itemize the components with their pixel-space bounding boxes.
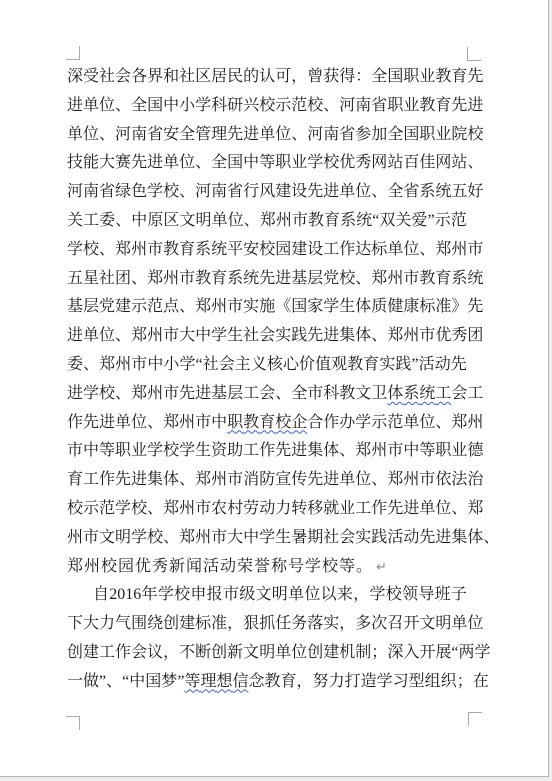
text-line[interactable]: 技能大赛先进单位、全国中等职业学校优秀网站百佳网站、 (67, 149, 467, 178)
text-char: 型 (409, 668, 425, 697)
text-char: 学 (147, 437, 163, 466)
text-char: 动 (259, 495, 275, 524)
text-char: 教 (339, 380, 355, 409)
text-line[interactable]: 校示范学校、郑州市农村劳动力转移就业工作先进单位、郑 (67, 495, 467, 524)
text-char: 优 (435, 322, 451, 351)
text-char: 州 (67, 524, 83, 553)
text-char: 念 (248, 668, 264, 697)
text-char: 学 (475, 639, 491, 668)
text-char: 等 (419, 437, 435, 466)
text-char: 学 (377, 668, 393, 697)
text-char: 建 (83, 639, 99, 668)
text-char: 观 (331, 351, 347, 380)
text-char: 力 (275, 495, 291, 524)
text-char: 范 (147, 293, 163, 322)
text-line[interactable]: 学校、郑州市教育系统平安校园建设工作达标单位、郑州市 (67, 236, 467, 265)
text-char: 作 (99, 466, 115, 495)
text-line[interactable]: 深受社会各界和社区居民的认可，曾获得：全国职业教育先 (67, 63, 467, 92)
text-line[interactable]: 市中等职业学校学生资助工作先进集体、郑州市中等职业德 (67, 437, 467, 466)
text-char: 防 (259, 466, 275, 495)
text-char: 业 (403, 92, 419, 121)
text-char: ” (428, 207, 435, 236)
text-char: 工 (355, 495, 371, 524)
text-char: 核 (267, 351, 283, 380)
text-line[interactable]: 基层党建示范点、郑州市实施《国家学生体质健康标准》先 (67, 293, 467, 322)
text-char: 集 (307, 437, 323, 466)
text-char: 委 (99, 207, 115, 236)
text-char: 团 (115, 265, 131, 294)
text-char: 文 (99, 524, 115, 553)
text-char: 育 (435, 265, 451, 294)
text-char: 秀 (355, 149, 371, 178)
text-char: 大 (83, 610, 99, 639)
text-char: 校 (259, 92, 275, 121)
text-char: 工 (99, 639, 115, 668)
text-char: 院 (451, 121, 467, 150)
text-char: 体 (323, 437, 339, 466)
text-char: 标 (195, 610, 211, 639)
text-char: 郑 (131, 380, 147, 409)
text-char: 五 (67, 265, 83, 294)
text-char: 社 (179, 63, 195, 92)
text-char: 自 (93, 581, 109, 610)
text-char: 中 (163, 92, 179, 121)
text-char: 州 (163, 265, 179, 294)
text-char: 教 (419, 92, 435, 121)
text-char: 先 (451, 351, 467, 380)
text-char: 业 (291, 149, 307, 178)
text-char: 集 (339, 322, 355, 351)
text-char: 进 (195, 380, 211, 409)
text-char: 体 (163, 466, 179, 495)
text-char: 实 (275, 322, 291, 351)
text-char: 单 (275, 639, 291, 668)
text-char: 理 (211, 121, 227, 150)
text-char: 系 (340, 207, 356, 236)
text-char: 德 (467, 437, 483, 466)
text-char: 落 (307, 610, 323, 639)
text-char: 努 (313, 668, 329, 697)
text-char: 学 (115, 495, 131, 524)
text-char: 层 (227, 380, 243, 409)
text-char: 先 (179, 380, 195, 409)
text-char: 进 (323, 322, 339, 351)
text-char: 河 (195, 178, 211, 207)
spellcheck-underlined-char: 系 (403, 380, 419, 409)
text-char: 河 (307, 121, 323, 150)
text-char: 位 (99, 322, 115, 351)
spellcheck-underlined-char: 职 (227, 409, 243, 438)
text-line[interactable]: 郑州校园优秀新闻活动荣誉称号学校等。↵ (67, 553, 467, 582)
text-char: ， (227, 610, 243, 639)
text-char: 州 (211, 293, 227, 322)
text-char: 全 (371, 63, 387, 92)
text-line[interactable]: 单位、河南省安全管理先进单位、河南省参加全国职业院校 (67, 121, 467, 150)
text-char: 市 (419, 322, 435, 351)
text-char: 造 (361, 668, 377, 697)
text-char: ” (99, 668, 106, 697)
text-char: ， (353, 581, 369, 610)
text-char: 国 (227, 149, 243, 178)
text-char: 技 (67, 149, 83, 178)
text-char: ， (163, 639, 179, 668)
text-char: 育 (179, 236, 195, 265)
text-char: 实 (323, 610, 339, 639)
text-char: 州 (179, 495, 195, 524)
text-char: 转 (291, 495, 307, 524)
text-char: 先 (115, 466, 131, 495)
text-char: 位 (403, 236, 419, 265)
text-char: 星 (83, 265, 99, 294)
text-char: 新 (227, 639, 243, 668)
text-char: 班 (435, 581, 451, 610)
text-char: 各 (131, 63, 147, 92)
text-char: 的 (243, 63, 259, 92)
text-char: 郑 (371, 265, 387, 294)
text-char: 州 (179, 409, 195, 438)
text-char: 秀 (451, 322, 467, 351)
text-char: 次 (371, 610, 387, 639)
text-char: 一 (67, 668, 83, 697)
text-char: 先 (419, 524, 435, 553)
text-char: 年 (142, 581, 158, 610)
text-char: 体 (355, 322, 371, 351)
text-char: 质 (371, 293, 387, 322)
text-char: 准 (435, 293, 451, 322)
text-char: 省 (371, 92, 387, 121)
text-char: 会 (339, 524, 355, 553)
text-char: 导 (418, 581, 434, 610)
text-char: 卫 (371, 380, 387, 409)
text-char: 国 (291, 293, 307, 322)
text-char: 义 (251, 351, 267, 380)
text-char: 系 (227, 265, 243, 294)
text-char: 位 (304, 581, 320, 610)
text-char: 全 (291, 380, 307, 409)
text-char: 基 (211, 380, 227, 409)
text-char: 站 (451, 149, 467, 178)
text-char: 市 (147, 236, 163, 265)
text-char: “ (372, 207, 379, 236)
text-char: 进 (435, 524, 451, 553)
text-char: 工 (467, 380, 483, 409)
text-char: 《 (275, 293, 291, 322)
text-char: 心 (283, 351, 299, 380)
text-char: 郑 (435, 236, 451, 265)
text-char: 赛 (115, 149, 131, 178)
text-char: 育 (451, 63, 467, 92)
text-char: 爱 (411, 207, 427, 236)
text-block[interactable]: 深受社会各界和社区居民的认可，曾获得：全国职业教育先进单位、全国中小学科研兴校示… (67, 63, 467, 697)
text-char: 集 (147, 466, 163, 495)
text-char: 职 (115, 437, 131, 466)
text-char: “ (122, 668, 129, 697)
text-char: 单 (403, 409, 419, 438)
text-line[interactable]: 育工作先进集体、郑州市消防宣传先进单位、郑州市依法治 (67, 466, 467, 495)
text-char: ” (411, 351, 418, 380)
text-line[interactable]: 下大力气围绕创建标准，狠抓任务落实，多次召开文明单位 (67, 610, 467, 639)
text-char: 党 (99, 293, 115, 322)
text-char: 单 (339, 466, 355, 495)
text-char: 党 (323, 265, 339, 294)
text-char: 开 (403, 610, 419, 639)
text-char: 网 (371, 149, 387, 178)
text-char: 小 (163, 351, 179, 380)
spellcheck-underlined-char: 企 (291, 409, 307, 438)
text-char: 教 (163, 236, 179, 265)
text-char: 省 (147, 121, 163, 150)
spellcheck-underlined-char: 校 (275, 409, 291, 438)
text-char: 示 (131, 293, 147, 322)
text-char: 学 (307, 149, 323, 178)
text-char: 设 (307, 236, 323, 265)
spellcheck-underlined-char: 育 (259, 409, 275, 438)
text-char: 校 (83, 236, 99, 265)
text-char: 大 (99, 149, 115, 178)
text-char: 以 (321, 581, 337, 610)
text-char: 校 (99, 380, 115, 409)
text-char: 区 (195, 63, 211, 92)
text-char: 劳 (243, 495, 259, 524)
text-char: 暑 (291, 524, 307, 553)
text-char: 进 (323, 178, 339, 207)
text-char: 体 (355, 293, 371, 322)
text-char: 进 (291, 437, 307, 466)
text-char: 全 (387, 178, 403, 207)
text-char: 、 (371, 466, 387, 495)
text-char: 进 (99, 409, 115, 438)
text-char: 市 (223, 581, 239, 610)
text-line[interactable]: 作先进单位、郑州市中职教育校企合作办学示范单位、郑州 (67, 409, 467, 438)
text-char: 子 (451, 581, 467, 610)
text-char: 育 (324, 207, 340, 236)
text-char: 业 (339, 495, 355, 524)
text-char: ” (177, 668, 184, 697)
text-char: 郑 (163, 409, 179, 438)
text-char: 单 (212, 207, 228, 236)
text-char: 明 (272, 581, 288, 610)
text-char: 关 (395, 207, 411, 236)
text-char: 中 (129, 668, 145, 697)
text-char: 作 (323, 409, 339, 438)
text-char: 位 (419, 409, 435, 438)
text-char: 设 (291, 178, 307, 207)
text-char: 中 (147, 351, 163, 380)
text-char: 市 (387, 437, 403, 466)
text-char: 州 (211, 466, 227, 495)
paragraph-mark-icon: ↵ (376, 560, 387, 575)
text-char: 作 (259, 437, 275, 466)
text-char: 、 (419, 236, 435, 265)
text-char: 创 (211, 639, 227, 668)
text-char: 研 (227, 92, 243, 121)
text-char: 学 (131, 524, 147, 553)
text-char: 州 (467, 409, 483, 438)
text-char: 先 (387, 495, 403, 524)
text-char: 施 (259, 293, 275, 322)
text-char: 双 (379, 207, 395, 236)
text-char: 明 (115, 524, 131, 553)
text-char: 百 (403, 149, 419, 178)
text-char: 、 (195, 149, 211, 178)
text-line[interactable]: 进学校、郑州市先进基层工会、全市科教文卫体系统工会工 (67, 380, 467, 409)
text-line[interactable]: 关工委、中原区文明单位、郑州市教育系统“双关爱”示范 (67, 207, 467, 236)
text-char: 安 (243, 236, 259, 265)
text-char: 国 (387, 63, 403, 92)
text-char: 市 (67, 437, 83, 466)
text-char: 参 (355, 121, 371, 150)
text-char: 村 (227, 495, 243, 524)
text-char: 州 (147, 380, 163, 409)
text-char: 工 (323, 236, 339, 265)
text-char: 健 (387, 293, 403, 322)
text-char: 教 (265, 668, 281, 697)
text-char: 州 (451, 236, 467, 265)
spellcheck-underlined-char: 想 (216, 668, 232, 697)
text-char: 进 (403, 495, 419, 524)
text-char: 进 (323, 466, 339, 495)
text-char: 郑 (115, 236, 131, 265)
text-char: 就 (323, 495, 339, 524)
text-line[interactable]: 五星社团、郑州市教育系统先进基层党校、郑州市教育系统 (67, 265, 467, 294)
text-line[interactable]: 委、郑州市中小学“社会主义核心价值观教育实践”活动先 (67, 351, 467, 380)
text-char: 两 (458, 639, 474, 668)
text-line[interactable]: 创建工作会议，不断创新文明单位创建机制；深入开展“两学 (67, 639, 467, 668)
text-char: 得 (339, 63, 355, 92)
text-char: 文 (256, 581, 272, 610)
text-char: 在 (473, 668, 489, 697)
text-char: 风 (259, 178, 275, 207)
text-char: 统 (211, 236, 227, 265)
text-char: 系 (451, 265, 467, 294)
text-char: 郑 (163, 495, 179, 524)
text-line[interactable]: 进单位、全国中小学科研兴校示范校、河南省职业教育先进 (67, 92, 467, 121)
text-char: 市 (83, 524, 99, 553)
text-char: 助 (227, 437, 243, 466)
text-char: 值 (315, 351, 331, 380)
text-line[interactable]: 自2016年学校申报市级文明单位以来，学校领导班子 (67, 581, 467, 610)
text-char: 实 (355, 524, 371, 553)
text-char: 进 (467, 92, 483, 121)
text-char: 生 (195, 437, 211, 466)
text-char: 制 (355, 639, 371, 668)
text-char: 单 (67, 121, 83, 150)
text-char: 会 (131, 639, 147, 668)
text-line[interactable]: 州市文明学校、郑州市大中学生暑期社会实践活动先进集体、 (67, 524, 467, 553)
text-char: 市 (227, 466, 243, 495)
text-char: 进 (131, 466, 147, 495)
text-char: 中 (243, 524, 259, 553)
text-char: 单 (163, 149, 179, 178)
text-char: 先 (307, 466, 323, 495)
text-char: 站 (387, 149, 403, 178)
text-char: 位 (355, 178, 371, 207)
text-char: 州 (147, 322, 163, 351)
text-char: 郑 (387, 322, 403, 351)
text-char: 校 (174, 581, 190, 610)
text-char: 位 (228, 207, 244, 236)
text-char: 市 (419, 466, 435, 495)
text-char: 统 (467, 265, 483, 294)
text-char: 工 (83, 207, 99, 236)
text-char: 、 (83, 351, 99, 380)
text-char: “ (451, 639, 458, 668)
text-char: 居 (211, 63, 227, 92)
text-char: 、 (99, 236, 115, 265)
text-char: 做 (83, 668, 99, 697)
text-char: 基 (67, 293, 83, 322)
text-char: 机 (339, 639, 355, 668)
text-char: 单 (83, 322, 99, 351)
text-char: 市 (131, 351, 147, 380)
text-char: 校 (163, 437, 179, 466)
text-char: 教 (419, 265, 435, 294)
text-char: 业 (419, 63, 435, 92)
text-char: 市 (227, 293, 243, 322)
text-char: 校 (259, 236, 275, 265)
text-char: 郑 (467, 495, 483, 524)
text-char: 进 (67, 380, 83, 409)
text-char: 市 (307, 380, 323, 409)
document-page: 深受社会各界和社区居民的认可，曾获得：全国职业教育先进单位、全国中小学科研兴校示… (0, 0, 549, 777)
text-char: 会 (115, 63, 131, 92)
text-char: 学 (67, 236, 83, 265)
text-char: 先 (83, 409, 99, 438)
text-char: 郑 (195, 466, 211, 495)
text-char: 活 (419, 351, 435, 380)
text-char: 职 (435, 437, 451, 466)
text-char: 传 (291, 466, 307, 495)
text-char: 安 (163, 121, 179, 150)
text-char: 示 (435, 207, 451, 236)
text-char: 市 (403, 265, 419, 294)
text-char: 合 (307, 409, 323, 438)
text-char: 受 (83, 63, 99, 92)
text-char: 育 (211, 265, 227, 294)
text-char: 基 (291, 265, 307, 294)
text-char: 先 (259, 265, 275, 294)
text-char: 打 (345, 668, 361, 697)
text-char: 等 (99, 437, 115, 466)
text-char: 学 (147, 178, 163, 207)
text-char: 梦 (161, 668, 177, 697)
text-char: 、 (435, 409, 451, 438)
text-char: 市 (179, 265, 195, 294)
text-char: 中 (211, 409, 227, 438)
text-char: 学 (355, 409, 371, 438)
text-char: 文 (419, 610, 435, 639)
text-char: 层 (83, 293, 99, 322)
text-line[interactable]: 进单位、郑州市大中学生社会实践先进集体、郑州市优秀团 (67, 322, 467, 351)
text-char: 和 (163, 63, 179, 92)
text-char: 行 (243, 178, 259, 207)
text-char: 工 (243, 380, 259, 409)
text-char: 大 (179, 322, 195, 351)
text-char: 会 (219, 351, 235, 380)
text-char: 作 (339, 236, 355, 265)
text-char: 力 (99, 610, 115, 639)
text-char: 小 (179, 92, 195, 121)
text-char: 集 (451, 524, 467, 553)
text-char: 、 (275, 380, 291, 409)
text-char: 社 (99, 63, 115, 92)
text-line[interactable]: 河南省绿色学校、河南省行风建设先进单位、全省系统五好 (67, 178, 467, 207)
text-char: 系 (195, 236, 211, 265)
text-char: 校 (386, 581, 402, 610)
text-char: 单 (339, 178, 355, 207)
text-char: 平 (227, 236, 243, 265)
text-line[interactable]: 一做”、“中国梦”等理想信念教育，努力打造学习型组织；在 (67, 668, 467, 697)
